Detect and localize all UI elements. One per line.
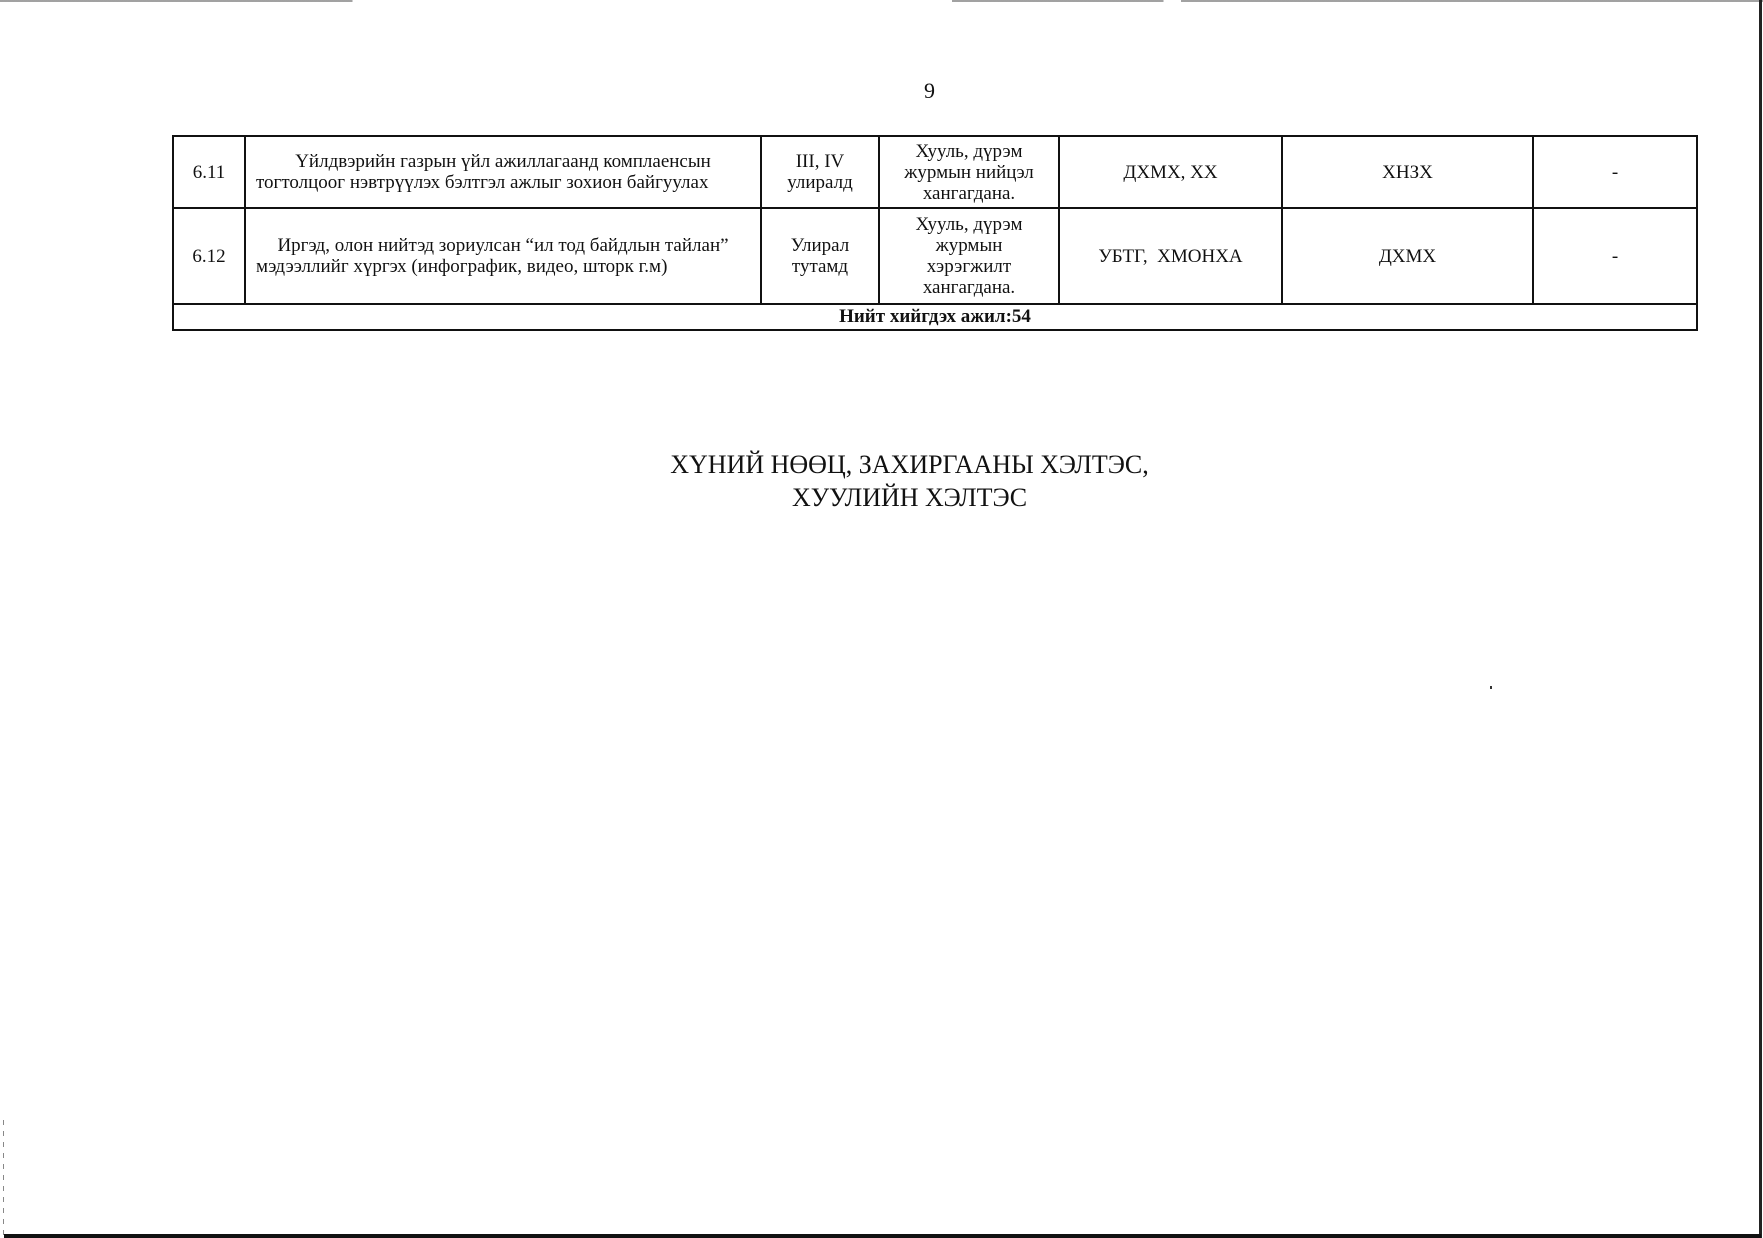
section-heading-line2: ХУУЛИЙН ХЭЛТЭС [56,481,1763,514]
section-heading-line1: ХҮНИЙ НӨӨЦ, ЗАХИРГААНЫ ХЭЛТЭС, [56,448,1763,481]
expected-outcome: Хууль, дүрэм журмын хэрэгжилт хангагдана… [879,208,1059,304]
cooperating-unit: ДХМХ [1282,208,1533,304]
outcome-line: Хууль, дүрэм [915,141,1022,162]
responsible-unit: ДХМХ, ХХ [1059,136,1282,208]
page-number: 9 [0,78,1763,104]
section-heading: ХҮНИЙ НӨӨЦ, ЗАХИРГААНЫ ХЭЛТЭС, ХУУЛИЙН Х… [0,448,1763,514]
outcome-line: журмын [936,235,1003,256]
table-row: 6.12 Иргэд, олон нийтэд зориулсан “ил то… [173,208,1697,304]
scan-edge-top [0,0,1763,2]
expected-outcome: Хууль, дүрэм журмын нийцэл хангагдана. [879,136,1059,208]
outcome-line: хангагдана. [923,183,1015,204]
action-plan-table: 6.11 Үйлдвэрийн газрын үйл ажиллагаанд к… [172,135,1698,331]
timeline-line: Улирал [791,235,850,256]
scan-edge-left [3,1120,4,1236]
item-number: 6.12 [173,208,245,304]
timeline: Улирал тутамд [761,208,879,304]
note: - [1533,136,1697,208]
table-row: 6.11 Үйлдвэрийн газрын үйл ажиллагаанд к… [173,136,1697,208]
outcome-line: хэрэгжилт [927,256,1011,277]
scan-speck [1490,686,1492,689]
task-description: Үйлдвэрийн газрын үйл ажиллагаанд компла… [245,136,761,208]
timeline-line: III, IV [796,151,845,172]
total-tasks: Нийт хийгдэх ажил:54 [173,304,1697,330]
outcome-line: журмын нийцэл [904,162,1034,183]
responsible-unit: УБТГ, ХМОНХА [1059,208,1282,304]
task-description: Иргэд, олон нийтэд зориулсан “ил тод бай… [245,208,761,304]
note: - [1533,208,1697,304]
timeline-line: тутамд [792,256,848,277]
outcome-line: хангагдана. [923,277,1015,298]
scan-edge-bottom [4,1234,1761,1238]
timeline-line: улиралд [787,172,853,193]
timeline: III, IV улиралд [761,136,879,208]
table-total-row: Нийт хийгдэх ажил:54 [173,304,1697,330]
scan-edge-right [1759,0,1762,1238]
item-number: 6.11 [173,136,245,208]
cooperating-unit: ХНЗХ [1282,136,1533,208]
outcome-line: Хууль, дүрэм [915,214,1022,235]
